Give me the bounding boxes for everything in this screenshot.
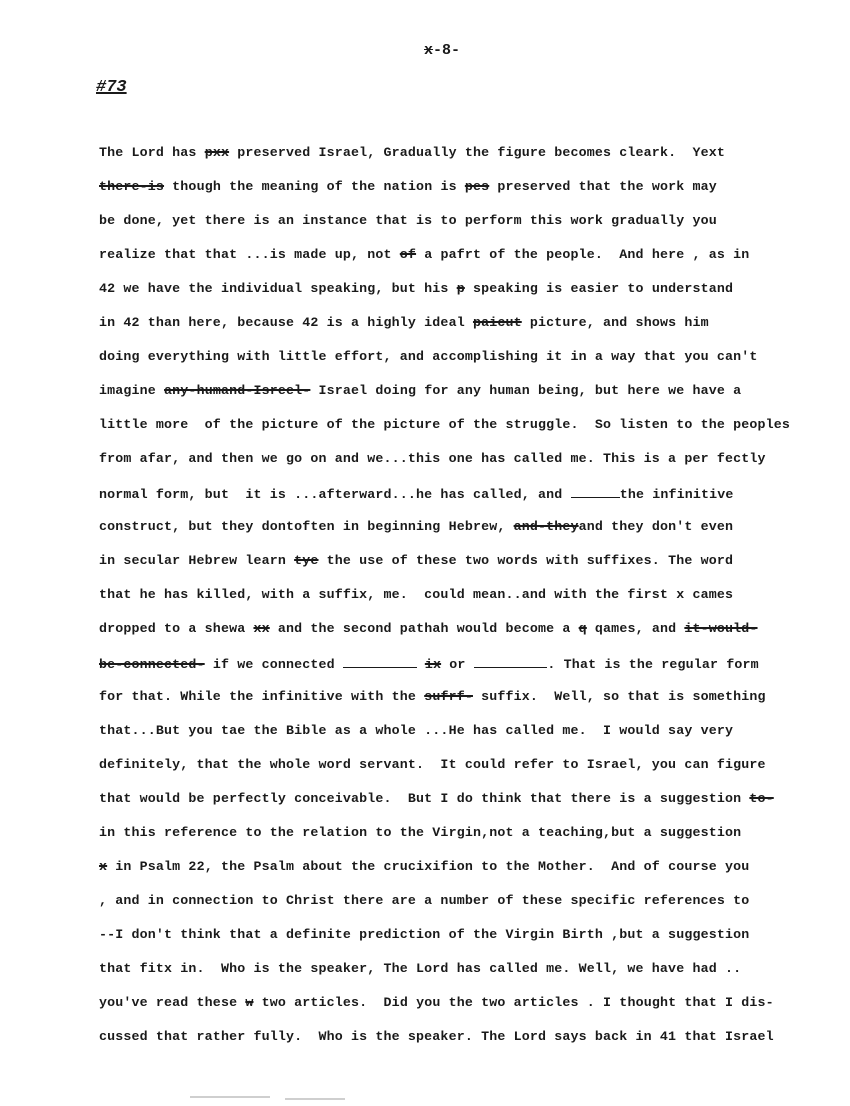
text-segment: qames, and: [587, 621, 685, 636]
struck-text: paicut: [473, 315, 522, 330]
text-segment: be done, yet there is an instance that i…: [99, 213, 717, 228]
text-segment: and the second pathah would become a: [270, 621, 579, 636]
text-segment: that fitx in. Who is the speaker, The Lo…: [99, 961, 741, 976]
text-line: that would be perfectly conceivable. But…: [99, 789, 819, 823]
page-number: x-8-: [424, 42, 460, 59]
text-segment: preserved Israel, Gradually the figure b…: [229, 145, 725, 160]
text-segment: little more of the picture of the pictur…: [99, 417, 790, 432]
text-segment: that would be perfectly conceivable. But…: [99, 791, 749, 806]
text-line: that he has killed, with a suffix, me. c…: [99, 585, 819, 619]
text-segment: for that. While the infinitive with the: [99, 689, 424, 704]
body-text: The Lord has pxx preserved Israel, Gradu…: [99, 143, 819, 1061]
text-line: you've read these w two articles. Did yo…: [99, 993, 819, 1027]
text-line: The Lord has pxx preserved Israel, Gradu…: [99, 143, 819, 177]
text-line: in 42 than here, because 42 is a highly …: [99, 313, 819, 347]
text-line: that...But you tae the Bible as a whole …: [99, 721, 819, 755]
text-line: construct, but they dontoften in beginni…: [99, 517, 819, 551]
text-line: little more of the picture of the pictur…: [99, 415, 819, 449]
text-line: , and in connection to Christ there are …: [99, 891, 819, 925]
document-id: #73: [96, 78, 127, 97]
scan-speck: [285, 1098, 345, 1100]
text-segment: the use of these two words with suffixes…: [319, 553, 734, 568]
text-segment: definitely, that the whole word servant.…: [99, 757, 766, 772]
text-line: realize that that ...is made up, not of …: [99, 245, 819, 279]
struck-text: be-connected-: [99, 657, 205, 672]
struck-text: there-is: [99, 179, 164, 194]
text-line: x in Psalm 22, the Psalm about the cruci…: [99, 857, 819, 891]
text-segment: , and in connection to Christ there are …: [99, 893, 749, 908]
struck-text: q: [579, 621, 587, 636]
text-line: dropped to a shewa xx and the second pat…: [99, 619, 819, 653]
page-number-label: -8-: [433, 42, 460, 59]
text-line: in secular Hebrew learn tye the use of t…: [99, 551, 819, 585]
struck-text: of: [400, 247, 416, 262]
text-segment: from afar, and then we go on and we...th…: [99, 451, 766, 466]
struck-text: p: [457, 281, 465, 296]
text-line: there-is though the meaning of the natio…: [99, 177, 819, 211]
text-segment: or: [441, 657, 474, 672]
text-line: 42 we have the individual speaking, but …: [99, 279, 819, 313]
text-segment: [417, 657, 425, 672]
text-line: that fitx in. Who is the speaker, The Lo…: [99, 959, 819, 993]
text-segment: --I don't think that a definite predicti…: [99, 927, 749, 942]
text-segment: in this reference to the relation to the…: [99, 825, 741, 840]
struck-text: it-would-: [684, 621, 757, 636]
text-line: be-connected- if we connected ix or . Th…: [99, 653, 819, 687]
text-segment: and they don't even: [579, 519, 733, 534]
text-segment: Israel doing for any human being, but he…: [310, 383, 741, 398]
struck-text: and-they: [514, 519, 579, 534]
scan-speck: [190, 1096, 270, 1098]
text-segment: that...But you tae the Bible as a whole …: [99, 723, 733, 738]
text-segment: the infinitive: [620, 487, 734, 502]
text-segment: in secular Hebrew learn: [99, 553, 294, 568]
text-line: definitely, that the whole word servant.…: [99, 755, 819, 789]
struck-text: xx: [253, 621, 269, 636]
text-segment: doing everything with little effort, and…: [99, 349, 757, 364]
struck-text: any-humand-Isreel-: [164, 383, 310, 398]
text-segment: preserved that the work may: [489, 179, 717, 194]
text-segment: suffix. Well, so that is something: [473, 689, 766, 704]
page-number-struck-prefix: x: [424, 42, 433, 59]
text-segment: if we connected: [205, 657, 343, 672]
struck-text: x: [99, 859, 107, 874]
text-line: --I don't think that a definite predicti…: [99, 925, 819, 959]
text-segment: cussed that rather fully. Who is the spe…: [99, 1029, 774, 1044]
fill-in-blank: [571, 483, 620, 498]
text-segment: speaking is easier to understand: [465, 281, 733, 296]
typewritten-page: x-8- #73 The Lord has pxx preserved Isra…: [0, 0, 850, 1106]
text-segment: picture, and shows him: [522, 315, 709, 330]
fill-in-blank: [343, 653, 417, 668]
text-segment: The Lord has: [99, 145, 205, 160]
text-segment: that he has killed, with a suffix, me. c…: [99, 587, 733, 602]
text-line: from afar, and then we go on and we...th…: [99, 449, 819, 483]
text-segment: though the meaning of the nation is: [164, 179, 465, 194]
text-line: doing everything with little effort, and…: [99, 347, 819, 381]
text-segment: . That is the regular form: [547, 657, 758, 672]
text-line: be done, yet there is an instance that i…: [99, 211, 819, 245]
scan-artifacts: [0, 1090, 850, 1106]
text-segment: realize that that ...is made up, not: [99, 247, 400, 262]
struck-text: pxx: [205, 145, 229, 160]
struck-text: ix: [425, 657, 441, 672]
text-segment: construct, but they dontoften in beginni…: [99, 519, 514, 534]
text-segment: normal form, but it is ...afterward...he…: [99, 487, 571, 502]
text-line: for that. While the infinitive with the …: [99, 687, 819, 721]
text-segment: two articles. Did you the two articles .…: [253, 995, 773, 1010]
struck-text: sufrf-: [424, 689, 473, 704]
struck-text: pes: [465, 179, 489, 194]
text-line: cussed that rather fully. Who is the spe…: [99, 1027, 819, 1061]
text-segment: dropped to a shewa: [99, 621, 253, 636]
text-line: normal form, but it is ...afterward...he…: [99, 483, 819, 517]
text-segment: a pafrt of the people. And here , as in: [416, 247, 749, 262]
struck-text: tye: [294, 553, 318, 568]
text-segment: you've read these: [99, 995, 245, 1010]
text-segment: 42 we have the individual speaking, but …: [99, 281, 457, 296]
text-segment: in Psalm 22, the Psalm about the crucixi…: [107, 859, 749, 874]
text-line: in this reference to the relation to the…: [99, 823, 819, 857]
text-segment: imagine: [99, 383, 164, 398]
struck-text: to-: [749, 791, 773, 806]
text-line: imagine any-humand-Isreel- Israel doing …: [99, 381, 819, 415]
fill-in-blank: [474, 653, 548, 668]
text-segment: in 42 than here, because 42 is a highly …: [99, 315, 473, 330]
